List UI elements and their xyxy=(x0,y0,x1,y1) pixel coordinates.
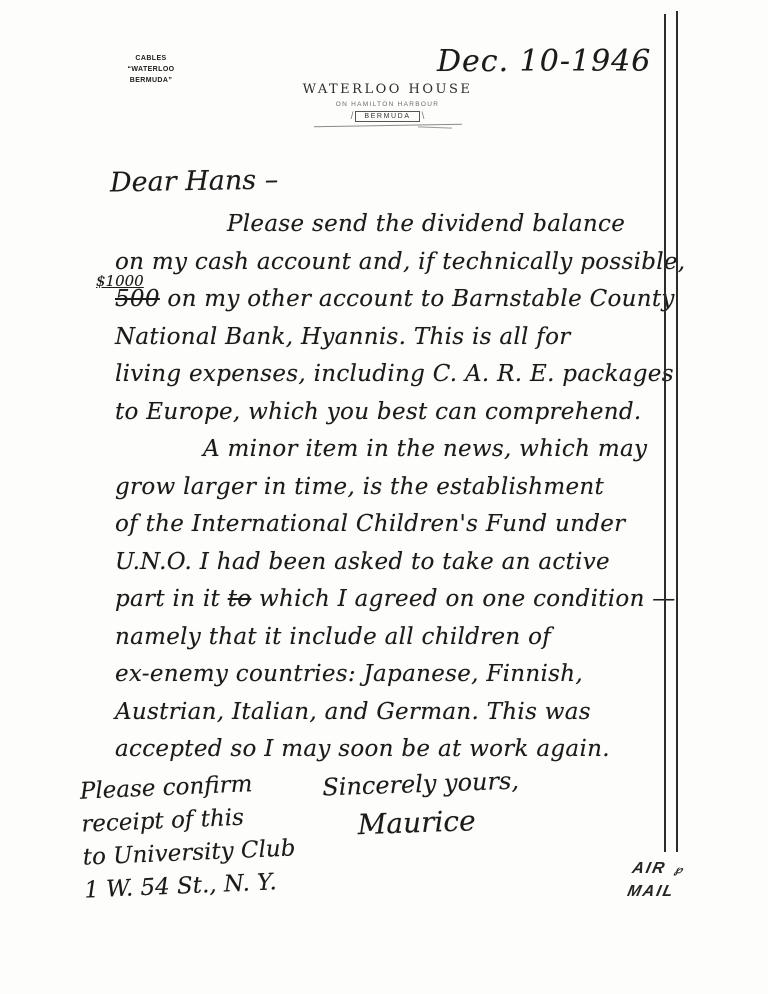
body-line: A minor item in the news, which may xyxy=(115,431,675,469)
cable-line: CABLES xyxy=(112,54,190,65)
body-line: 500 on my other account to Barnstable Co… xyxy=(115,281,675,319)
signature: Maurice xyxy=(357,803,521,842)
airmail-stamp: AIR℘ MAIL xyxy=(625,858,685,902)
body-line: Please send the dividend balance xyxy=(115,206,675,244)
ribbon-left-flourish: / xyxy=(351,111,354,122)
struck-amount: 500 xyxy=(115,286,160,312)
body-line: part in it to which I agreed on one cond… xyxy=(115,581,675,619)
cable-line: “WATERLOO xyxy=(112,65,190,76)
struck-word: to xyxy=(228,586,252,612)
body-line: to Europe, which you best can comprehend… xyxy=(115,394,675,432)
body-line: on my cash account and, if technically p… xyxy=(115,244,675,282)
handwritten-date: Dec. 10-1946 xyxy=(437,44,651,79)
greeting: Dear Hans – xyxy=(110,165,279,199)
hotel-name: WATERLOO HOUSE xyxy=(300,82,475,97)
letter-body: Please send the dividend balance on my c… xyxy=(115,206,675,769)
body-line: National Bank, Hyannis. This is all for xyxy=(115,319,675,357)
postal-mark: ℘ xyxy=(673,864,683,876)
airmail-line: MAIL xyxy=(625,881,680,902)
body-line: ex-enemy countries: Japanese, Finnish, xyxy=(115,656,675,694)
ribbon-right-flourish: \ xyxy=(422,111,425,122)
body-line: accepted so I may soon be at work again. xyxy=(115,731,675,769)
body-line: U.N.O. I had been asked to take an activ… xyxy=(115,544,675,582)
closing-block: Sincerely yours, Maurice xyxy=(322,767,521,843)
body-line: namely that it include all children of xyxy=(115,619,675,657)
cable-line: BERMUDA” xyxy=(112,76,190,87)
body-line: living expenses, including C. A. R. E. p… xyxy=(115,356,675,394)
body-line: of the International Children's Fund und… xyxy=(115,506,675,544)
letterhead: WATERLOO HOUSE ON HAMILTON HARBOUR / BER… xyxy=(300,82,475,128)
closing-salutation: Sincerely yours, xyxy=(322,767,519,802)
hotel-location: BERMUDA xyxy=(355,111,419,122)
cable-address-block: CABLES “WATERLOO BERMUDA” xyxy=(112,54,190,87)
body-line: Austrian, Italian, and German. This was xyxy=(115,694,675,732)
ribbon-underline-short xyxy=(418,126,452,128)
postscript-block: Please confirm receipt of this to Univer… xyxy=(79,764,345,907)
airmail-line: AIR℘ xyxy=(630,858,685,881)
location-ribbon: / BERMUDA \ xyxy=(300,111,475,122)
page-edge-rule-right xyxy=(676,11,678,852)
scanned-letter-page: CABLES “WATERLOO BERMUDA” Dec. 10-1946 W… xyxy=(0,0,768,994)
page-edge-rule-left xyxy=(664,14,666,852)
body-line: grow larger in time, is the establishmen… xyxy=(115,469,675,507)
hotel-subtitle: ON HAMILTON HARBOUR xyxy=(300,101,475,108)
